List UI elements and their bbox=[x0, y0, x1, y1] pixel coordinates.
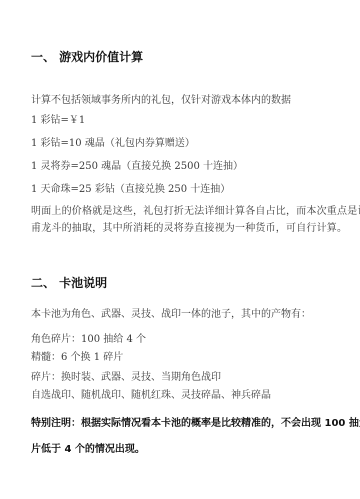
pool-item-line: 精髓：6 个换 1 碎片 bbox=[31, 352, 123, 364]
pool-item-line: 自选战印、随机战印、随机红珠、灵技碎晶、神兵碎晶 bbox=[31, 390, 271, 402]
pool-item-line: 角色碎片：100 抽给 4 个 bbox=[31, 334, 146, 346]
section-2-heading: 二、 卡池说明 bbox=[31, 276, 107, 290]
special-note-line: 片低于 4 个的情况出现。 bbox=[31, 444, 145, 456]
section-1-note-line: 明面上的价格就是这些，礼包打折无法详细计算各自占比，而本次重点是计算皇 bbox=[31, 206, 360, 218]
rate-line: 1 天命珠=25 彩钻（直接兑换 250 十连抽） bbox=[31, 184, 230, 196]
section-1-intro: 计算不包括领域事务所内的礼包，仅针对游戏本体内的数据 bbox=[31, 95, 291, 107]
section-2-intro: 本卡池为角色、武器、灵技、战印一体的池子，其中的产物有： bbox=[31, 309, 311, 321]
rate-line: 1 彩钻=10 魂晶（礼包内券算赠送） bbox=[31, 138, 195, 150]
section-1-heading: 一、 游戏内价值计算 bbox=[31, 50, 143, 64]
section-1-note-line: 甫龙斗的抽取，其中所消耗的灵将券直接视为一种货币，可自行计算。 bbox=[31, 223, 347, 235]
rate-line: 1 彩钻=￥1 bbox=[31, 115, 85, 127]
special-note-line: 特别注明：根据实际情况看本卡池的概率是比较精准的，不会出现 100 抽角色碎 bbox=[31, 418, 360, 430]
rate-line: 1 灵将券=250 魂晶（直接兑换 2500 十连抽） bbox=[31, 161, 243, 173]
pool-item-line: 碎片：换时装、武器、灵技、当期角色战印 bbox=[31, 372, 221, 384]
